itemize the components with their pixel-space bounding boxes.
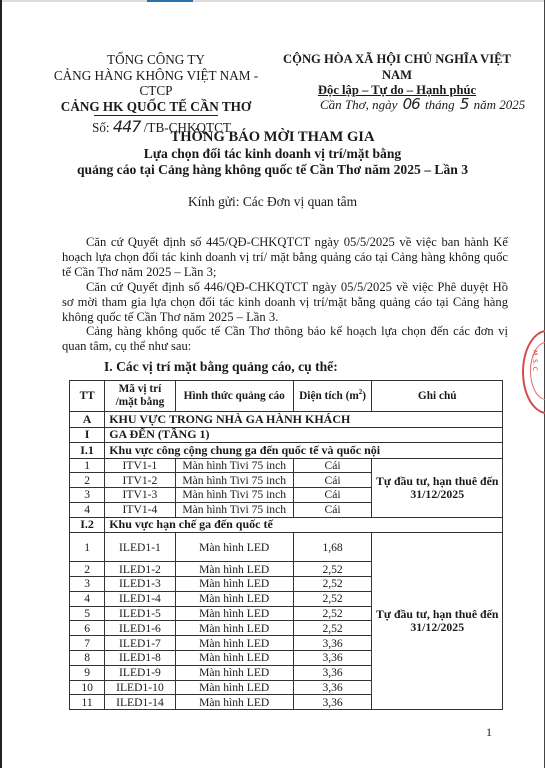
national-header: CỘNG HÒA XÃ HỘI CHỦ NGHĨA VIỆT NAM Độc l… xyxy=(272,52,522,99)
cell-code: ITV1-3 xyxy=(105,488,175,503)
cell-area: 2,52 xyxy=(293,621,372,636)
header-area: Diện tích (m2) xyxy=(293,381,372,412)
country-name: CỘNG HÒA XÃ HỘI CHỦ NGHĨA VIỆT NAM xyxy=(272,52,522,83)
cell-area: 2,52 xyxy=(293,591,372,606)
document-title: THÔNG BÁO MỜI THAM GIA Lựa chọn đối tác … xyxy=(0,128,545,177)
cell-type: Màn hình LED xyxy=(175,650,293,665)
handwritten-month: 5 xyxy=(460,95,469,113)
cell-tt: 11 xyxy=(70,695,105,710)
paragraph-announcement: Cảng hàng không quốc tế Cần Thơ thông bá… xyxy=(62,324,508,354)
section-label: GA ĐẾN (TẦNG 1) xyxy=(105,427,503,443)
section-row-i: I GA ĐẾN (TẦNG 1) xyxy=(70,427,503,443)
cell-area: Cái xyxy=(293,473,372,488)
cell-tt: 7 xyxy=(70,636,105,651)
section-label: KHU VỰC TRONG NHÀ GA HÀNH KHÁCH xyxy=(105,412,503,428)
cell-tt: 4 xyxy=(70,591,105,606)
recipient-line: Kính gửi: Các Đơn vị quan tâm xyxy=(0,194,545,210)
cell-tt: 6 xyxy=(70,621,105,636)
group-label: Khu vực công cộng chung ga đến quốc tế v… xyxy=(105,443,503,459)
header-note: Ghi chú xyxy=(372,381,503,412)
cell-type: Màn hình Tivi 75 inch xyxy=(175,458,293,473)
handwritten-day: 06 xyxy=(403,95,420,113)
date-prefix: Cần Thơ, ngày xyxy=(320,97,397,112)
title-sub-2: quảng cáo tại Cảng hàng không quốc tế Cầ… xyxy=(0,162,545,178)
cell-tt: 2 xyxy=(70,473,105,488)
cell-tt: 10 xyxy=(70,680,105,695)
paragraph-basis-2: Căn cứ Quyết định số 446/QĐ-CHKQTCT ngày… xyxy=(62,280,508,326)
top-strip xyxy=(0,0,545,2)
cell-area: 3,36 xyxy=(293,650,372,665)
header-type: Hình thức quảng cáo xyxy=(175,381,293,412)
issuer-header: TỔNG CÔNG TY CẢNG HÀNG KHÔNG VIỆT NAM - … xyxy=(40,52,272,136)
cell-type: Màn hình LED xyxy=(175,562,293,577)
header-area-text: Diện tích (m xyxy=(299,390,359,402)
cell-area: 2,52 xyxy=(293,606,372,621)
cell-type: Màn hình Tivi 75 inch xyxy=(175,502,293,517)
cell-code: ILED1-2 xyxy=(105,562,175,577)
group-row-i1: I.1 Khu vực công cộng chung ga đến quốc … xyxy=(70,443,503,459)
advertising-locations-table: TT Mã vị trí /mặt bằng Hình thức quảng c… xyxy=(69,380,503,710)
title-sub-1: Lựa chọn đối tác kinh doanh vị trí/mặt b… xyxy=(0,146,545,162)
cell-tt: 1 xyxy=(70,458,105,473)
cell-area: 1,68 xyxy=(293,533,372,562)
cell-note: Tự đầu tư, hạn thuê đến 31/12/2025 xyxy=(372,533,503,710)
section-heading: I. Các vị trí mặt bằng quảng cáo, cụ thể… xyxy=(104,359,338,375)
paragraph-basis-1: Căn cứ Quyết định số 445/QĐ-CHKQTCT ngày… xyxy=(62,235,508,281)
cell-tt: 3 xyxy=(70,488,105,503)
cell-area: Cái xyxy=(293,502,372,517)
header-tt: TT xyxy=(70,381,105,412)
cell-note: Tự đầu tư, hạn thuê đến 31/12/2025 xyxy=(372,458,503,517)
cell-code: ITV1-2 xyxy=(105,473,175,488)
paragraph-text: Cảng hàng không quốc tế Cần Thơ thông bá… xyxy=(62,324,508,353)
cell-code: ILED1-1 xyxy=(105,533,175,562)
cell-type: Màn hình LED xyxy=(175,621,293,636)
cell-area: 2,52 xyxy=(293,576,372,591)
cell-type: Màn hình LED xyxy=(175,636,293,651)
cell-area: 3,36 xyxy=(293,695,372,710)
cell-type: Màn hình LED xyxy=(175,576,293,591)
cell-tt: 4 xyxy=(70,502,105,517)
group-tt: I.1 xyxy=(70,443,105,459)
cell-type: Màn hình LED xyxy=(175,591,293,606)
issuer-name: CẢNG HK QUỐC TẾ CẦN THƠ xyxy=(40,99,272,115)
group-tt: I.2 xyxy=(70,517,105,533)
year-label: năm 2025 xyxy=(474,97,526,112)
section-tt: I xyxy=(70,427,105,443)
issuer-underline xyxy=(94,115,218,116)
month-label: tháng xyxy=(425,97,455,112)
top-accent xyxy=(147,0,193,2)
title-main: THÔNG BÁO MỜI THAM GIA xyxy=(0,128,545,146)
cell-code: ILED1-5 xyxy=(105,606,175,621)
cell-type: Màn hình LED xyxy=(175,533,293,562)
cell-code: ILED1-9 xyxy=(105,665,175,680)
cell-code: ITV1-4 xyxy=(105,502,175,517)
group-row-i2: I.2 Khu vực hạn chế ga đến quốc tế xyxy=(70,517,503,533)
header-code: Mã vị trí /mặt bằng xyxy=(105,381,175,412)
cell-type: Màn hình LED xyxy=(175,680,293,695)
cell-code: ILED1-7 xyxy=(105,636,175,651)
cell-area: Cái xyxy=(293,458,372,473)
group-label: Khu vực hạn chế ga đến quốc tế xyxy=(105,517,503,533)
header-area-close: ) xyxy=(362,390,366,402)
paragraph-text: Căn cứ Quyết định số 445/QĐ-CHKQTCT ngày… xyxy=(62,235,508,279)
table-header-row: TT Mã vị trí /mặt bằng Hình thức quảng c… xyxy=(70,381,503,412)
table-row: 1 ITV1-1 Màn hình Tivi 75 inch Cái Tự đầ… xyxy=(70,458,503,473)
stamp-text: M.S.C xyxy=(531,350,538,372)
cell-tt: 2 xyxy=(70,562,105,577)
cell-code: ILED1-3 xyxy=(105,576,175,591)
cell-area: 3,36 xyxy=(293,636,372,651)
cell-code: ILED1-4 xyxy=(105,591,175,606)
cell-tt: 3 xyxy=(70,576,105,591)
cell-code: ILED1-10 xyxy=(105,680,175,695)
cell-type: Màn hình LED xyxy=(175,606,293,621)
cell-tt: 1 xyxy=(70,533,105,562)
cell-code: ILED1-8 xyxy=(105,650,175,665)
cell-code: ILED1-14 xyxy=(105,695,175,710)
section-row-a: A KHU VỰC TRONG NHÀ GA HÀNH KHÁCH xyxy=(70,412,503,428)
document-date: Cần Thơ, ngày 06 tháng 5 năm 2025 xyxy=(320,95,525,113)
cell-tt: 5 xyxy=(70,606,105,621)
issuer-parent: TỔNG CÔNG TY xyxy=(40,52,272,68)
cell-code: ILED1-6 xyxy=(105,621,175,636)
cell-area: 2,52 xyxy=(293,562,372,577)
page-edge-left xyxy=(0,0,2,768)
section-tt: A xyxy=(70,412,105,428)
cell-tt: 8 xyxy=(70,650,105,665)
issuer-corporation: CẢNG HÀNG KHÔNG VIỆT NAM - CTCP xyxy=(40,68,272,99)
page-number: 1 xyxy=(486,725,492,740)
cell-area: 3,36 xyxy=(293,680,372,695)
cell-type: Màn hình Tivi 75 inch xyxy=(175,488,293,503)
cell-area: Cái xyxy=(293,488,372,503)
cell-area: 3,36 xyxy=(293,665,372,680)
cell-type: Màn hình LED xyxy=(175,695,293,710)
cell-type: Màn hình Tivi 75 inch xyxy=(175,473,293,488)
paragraph-text: Căn cứ Quyết định số 446/QĐ-CHKQTCT ngày… xyxy=(62,280,508,324)
cell-type: Màn hình LED xyxy=(175,665,293,680)
cell-tt: 9 xyxy=(70,665,105,680)
table-row: 1 ILED1-1 Màn hình LED 1,68 Tự đầu tư, h… xyxy=(70,533,503,562)
cell-code: ITV1-1 xyxy=(105,458,175,473)
